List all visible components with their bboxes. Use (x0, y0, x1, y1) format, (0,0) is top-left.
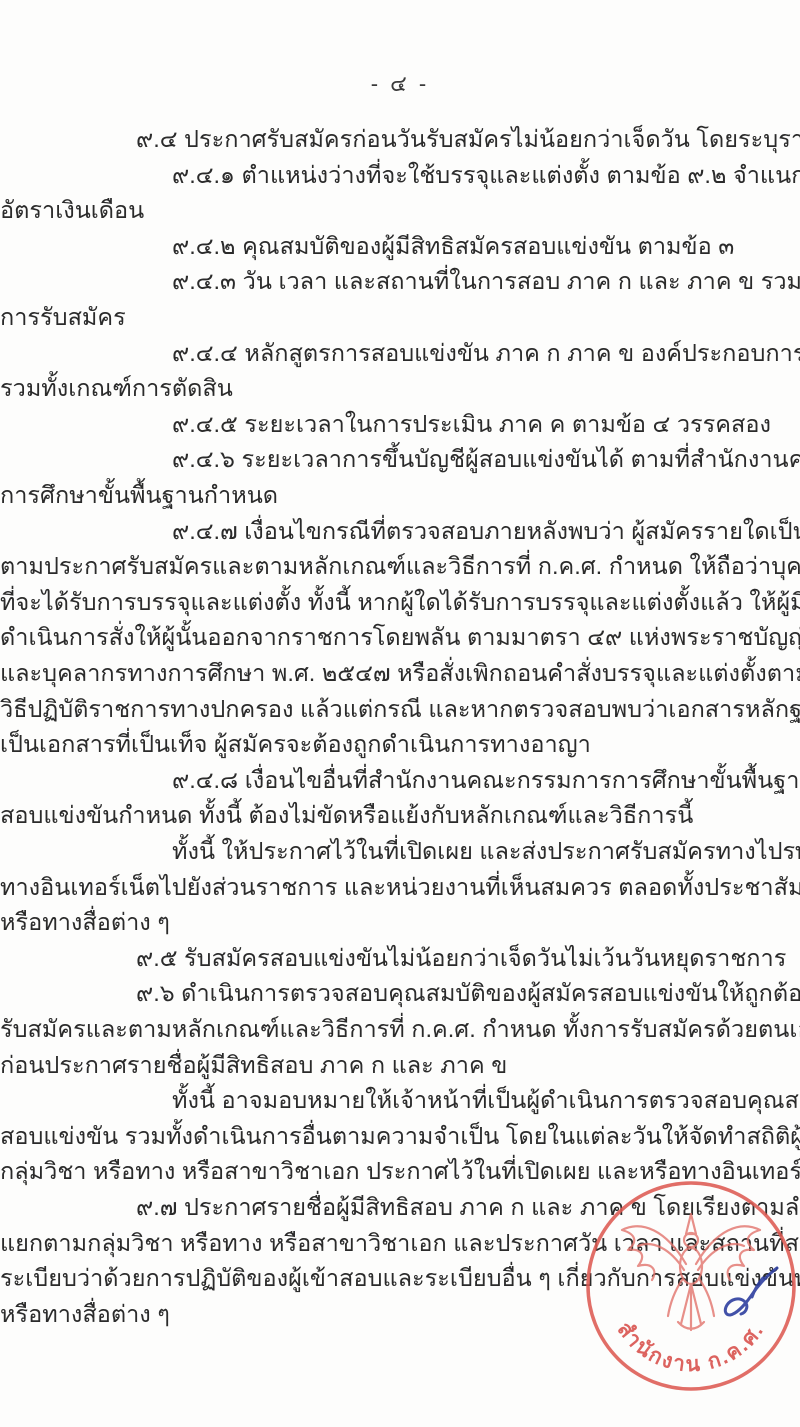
document-line: ๙.๔.๖ ระยะเวลาการขึ้นบัญชีผู้สอบแข่งขันไ… (0, 444, 800, 474)
document-line: ๙.๖ ดำเนินการตรวจสอบคุณสมบัติของผู้สมัคร… (0, 978, 800, 1008)
document-line: ๙.๔ ประกาศรับสมัครก่อนวันรับสมัครไม่น้อย… (0, 124, 800, 154)
document-line: รวมทั้งเกณฑ์การตัดสิน (0, 373, 800, 403)
document-line: และบุคลากรทางการศึกษา พ.ศ. ๒๕๔๗ หรือสั่ง… (0, 658, 800, 688)
document-line: ๙.๕ รับสมัครสอบแข่งขันไม่น้อยกว่าเจ็ดวัน… (0, 943, 800, 973)
scanned-document-page: - ๔ - ๙.๔ ประกาศรับสมัครก่อนวันรับสมัครไ… (0, 0, 800, 1427)
document-line: ก่อนประกาศรายชื่อผู้มีสิทธิสอบ ภาค ก และ… (0, 1050, 800, 1080)
document-line: ทั้งนี้ อาจมอบหมายให้เจ้าหน้าที่เป็นผู้ด… (0, 1085, 800, 1115)
document-line: เป็นเอกสารที่เป็นเท็จ ผู้สมัครจะต้องถูกด… (0, 729, 800, 759)
document-line: ๙.๔.๕ ระยะเวลาในการประเมิน ภาค ค ตามข้อ … (0, 409, 800, 439)
document-line: ๙.๔.๘ เงื่อนไขอื่นที่สำนักงานคณะกรรมการก… (0, 765, 800, 795)
official-stamp: สำนักงาน ก.ค.ศ. (578, 1172, 800, 1407)
document-line: ๙.๔.๓ วัน เวลา และสถานที่ในการสอบ ภาค ก … (0, 266, 800, 296)
document-line: ดำเนินการสั่งให้ผู้นั้นออกจากราชการโดยพล… (0, 622, 800, 652)
document-line: การศึกษาขั้นพื้นฐานกำหนด (0, 480, 800, 510)
document-line: ทั้งนี้ ให้ประกาศไว้ในที่เปิดเผย และส่งป… (0, 836, 800, 866)
document-line: หรือทางสื่อต่าง ๆ (0, 907, 800, 937)
signature-icon (725, 1268, 777, 1315)
document-line: ๙.๔.๑ ตำแหน่งว่างที่จะใช้บรรจุและแต่งตั้… (0, 160, 800, 190)
garuda-emblem-icon (622, 1214, 760, 1330)
document-line: ๙.๔.๒ คุณสมบัติของผู้มีสิทธิสมัครสอบแข่ง… (0, 231, 800, 261)
document-line: ๙.๔.๗ เงื่อนไขกรณีที่ตรวจสอบภายหลังพบว่า… (0, 516, 800, 546)
document-line: สอบแข่งขันกำหนด ทั้งนี้ ต้องไม่ขัดหรือแย… (0, 800, 800, 830)
document-line: การรับสมัคร (0, 302, 800, 332)
document-line: สอบแข่งขัน รวมทั้งดำเนินการอื่นตามความจำ… (0, 1121, 800, 1151)
document-line: รับสมัครและตามหลักเกณฑ์และวิธีการที่ ก.ค… (0, 1014, 800, 1044)
document-line: ที่จะได้รับการบรรจุและแต่งตั้ง ทั้งนี้ ห… (0, 587, 800, 617)
document-line: วิธีปฏิบัติราชการทางปกครอง แล้วแต่กรณี แ… (0, 694, 800, 724)
document-line: ทางอินเทอร์เน็ตไปยังส่วนราชการ และหน่วยง… (0, 872, 800, 902)
document-line: ตามประกาศรับสมัครและตามหลักเกณฑ์และวิธีก… (0, 551, 800, 581)
document-line: ๙.๔.๔ หลักสูตรการสอบแข่งขัน ภาค ก ภาค ข … (0, 338, 800, 368)
document-line: อัตราเงินเดือน (0, 195, 800, 225)
